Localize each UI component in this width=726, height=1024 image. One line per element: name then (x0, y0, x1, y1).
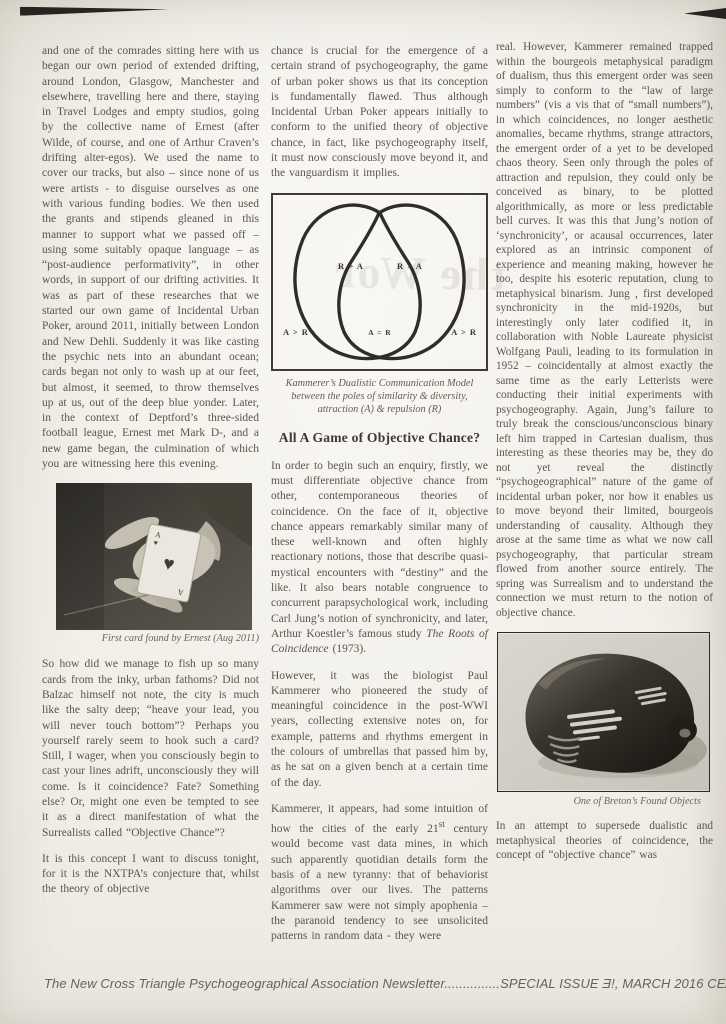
venn-diagram: R > A R > A A > R A = R A > R (273, 195, 486, 369)
column-2: chance is crucial for the emergence of a… (271, 44, 488, 955)
body-paragraph: Kammerer, it appears, had some intuition… (271, 802, 488, 945)
body-paragraph: It is this concept I want to discuss ton… (42, 852, 259, 898)
paragraph-text: (1973). (328, 643, 366, 655)
body-paragraph: and one of the comrades sitting here wit… (42, 44, 259, 472)
kammerer-diagram: R > A R > A A > R A = R A > R (271, 193, 488, 371)
scan-artifact-top-right (684, 8, 726, 19)
scan-artifact-top-left (20, 5, 168, 16)
diagram-label-top-right: R > A (397, 261, 423, 271)
diagram-label-top-left: R > A (338, 261, 364, 271)
column-3: real. However, Kammerer remained trapped… (496, 40, 713, 874)
found-card-photo: A ♥ ♥ A (56, 483, 252, 630)
diagram-label-bottom-right: A > R (451, 327, 477, 337)
paragraph-text: In order to begin such an enquiry, first… (271, 460, 488, 640)
body-paragraph: In order to begin such an enquiry, first… (271, 459, 488, 658)
body-paragraph: So how did we manage to fish up so many … (42, 657, 259, 841)
venn-left-lobe (295, 205, 420, 359)
diagram-label-bottom-left: A > R (283, 327, 309, 337)
body-paragraph: real. However, Kammerer remained trapped… (496, 40, 713, 620)
section-heading: All A Game of Objective Chance? (271, 430, 488, 446)
page-footer: The New Cross Triangle Psychogeographica… (44, 976, 714, 991)
venn-right-lobe (339, 205, 464, 359)
body-paragraph: However, it was the biologist Paul Kamme… (271, 669, 488, 791)
photo-caption-found-object: One of Breton’s Found Objects (496, 796, 701, 807)
paragraph-text: century would become vast data mines, in… (271, 823, 488, 942)
body-paragraph: In an attempt to supersede dualistic and… (496, 819, 713, 863)
newsletter-page: the Wor and one of the comrades sitting … (0, 0, 726, 1024)
breton-found-object-photo (497, 632, 710, 792)
column-1: and one of the comrades sitting here wit… (42, 44, 259, 909)
diagram-caption: Kammerer’s Dualistic Communication Model… (271, 377, 488, 416)
photo-caption-found-card: First card found by Ernest (Aug 2011) (42, 632, 259, 645)
body-paragraph: chance is crucial for the emergence of a… (271, 44, 488, 182)
diagram-label-bottom-center: A = R (368, 328, 391, 337)
